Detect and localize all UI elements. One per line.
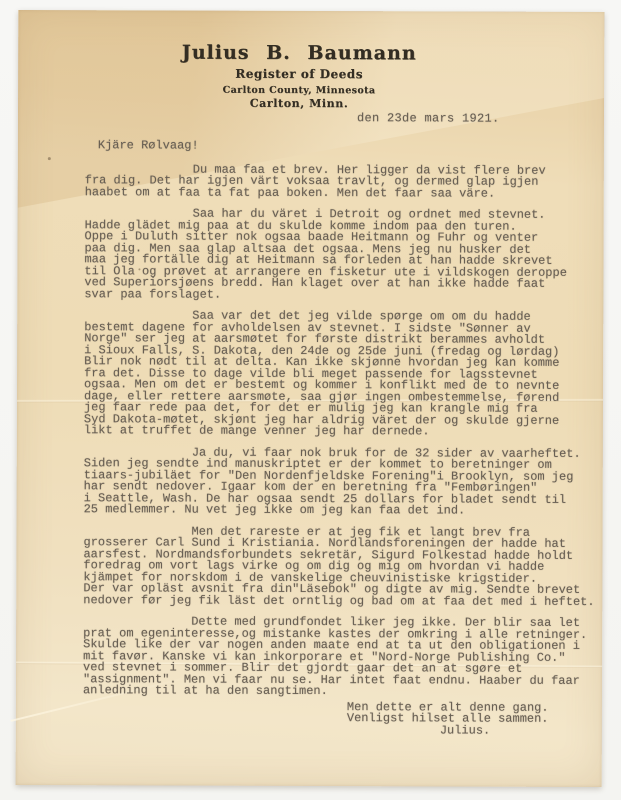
scan-background: Julius B. Baumann Register of Deeds Carl… — [0, 0, 621, 800]
letterhead-title: Register of Deeds — [18, 66, 580, 82]
letter-paragraph: Dette med grundfondet liker jeg ikke. De… — [83, 616, 595, 698]
letter-paragraphs: Du maa faa et brev. Her ligger da vist f… — [83, 164, 596, 699]
signature: Julius. — [440, 725, 594, 737]
letterhead-name: Julius B. Baumann — [18, 41, 580, 65]
letter-paragraph: Ja du, vi faar nok bruk for de 32 sider … — [84, 447, 596, 518]
letter-body: Kjäre Rølvaag! Du maa faa et brev. Her l… — [83, 140, 596, 737]
letter-paper: Julius B. Baumann Register of Deeds Carl… — [16, 10, 605, 787]
letterhead-county: Carlton County, Minnesota — [18, 84, 580, 97]
letter-paragraph: Saa har du väret i Detroit og ordnet med… — [84, 208, 596, 302]
letter-paragraph: Men det rareste er at jeg fik et langt b… — [83, 526, 595, 608]
closing-block: Men dette er alt denne gang. Venligst hi… — [347, 702, 594, 726]
letter-paragraph: Du maa faa et brev. Her ligger da vist f… — [85, 164, 596, 200]
salutation: Kjäre Rølvaag! — [98, 140, 596, 153]
letterhead-city: Carlton, Minn. — [18, 97, 580, 111]
paper-speck — [48, 157, 51, 160]
letter-paragraph: Saa var det det jeg vilde spørge om om d… — [84, 310, 596, 438]
letterhead: Julius B. Baumann Register of Deeds Carl… — [18, 10, 604, 111]
date-line: den 23de mars 1921. — [357, 112, 500, 124]
